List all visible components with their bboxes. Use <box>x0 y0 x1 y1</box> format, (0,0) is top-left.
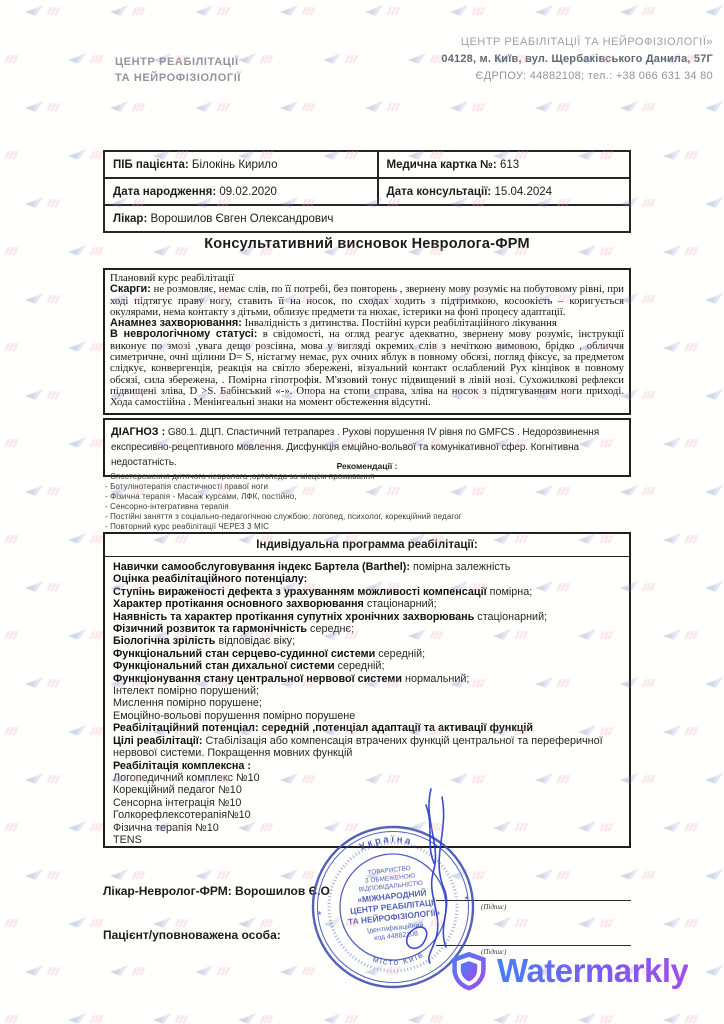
consult-date-value: 15.04.2024 <box>494 186 552 198</box>
watermark-tile <box>67 532 102 546</box>
watermark-bars-icon <box>216 967 230 975</box>
watermark-bars-icon <box>684 247 698 255</box>
watermark-bars-icon <box>46 487 60 495</box>
watermark-plane-icon <box>0 244 3 258</box>
birth-date-value: 09.02.2020 <box>219 186 277 198</box>
watermark-plane-icon <box>67 628 88 642</box>
watermark-bars-icon <box>46 871 60 879</box>
watermark-bars-icon <box>641 391 655 399</box>
watermark-plane-icon <box>194 868 215 882</box>
watermark-bars-icon <box>4 151 18 159</box>
watermark-tile <box>237 1012 272 1024</box>
watermark-bars-icon <box>4 727 18 735</box>
watermark-tile <box>194 4 229 18</box>
clinic-name-line2: ТА НЕЙРОФІЗІОЛОГІЇ <box>115 70 241 86</box>
watermark-bars-icon <box>301 7 315 15</box>
program-line: Цілі реабілітації: Стабілізація або комп… <box>113 735 621 760</box>
watermark-tile <box>0 724 17 738</box>
watermark-tile <box>0 628 17 642</box>
watermark-tile <box>24 388 59 402</box>
watermark-plane-icon <box>704 676 724 690</box>
watermark-bars-icon <box>216 7 230 15</box>
watermark-tile <box>0 340 17 354</box>
watermark-bars-icon <box>641 871 655 879</box>
clinical-text-box: Плановий курс реабілітації Скарги: не ро… <box>103 268 631 415</box>
watermark-plane-icon <box>24 964 45 978</box>
watermark-tile <box>279 100 314 114</box>
watermark-tile <box>322 1012 357 1024</box>
watermark-tile <box>279 964 314 978</box>
watermark-plane-icon <box>407 52 428 66</box>
watermark-plane-icon <box>704 484 724 498</box>
watermark-tile <box>662 148 697 162</box>
rehab-program-title: Індивідуальна программа реабілітації: <box>105 534 629 557</box>
watermark-bars-icon <box>641 7 655 15</box>
watermark-plane-icon <box>67 532 88 546</box>
watermark-plane-icon <box>662 436 683 450</box>
watermark-tile <box>0 244 17 258</box>
watermark-bars-icon <box>89 823 103 831</box>
watermark-plane-icon <box>24 4 45 18</box>
watermark-tile <box>152 1012 187 1024</box>
watermark-tile <box>67 340 102 354</box>
program-line: Функціонування стану центральної нервово… <box>113 673 621 685</box>
card-number-cell: Медична картка №: 613 <box>378 151 630 178</box>
watermark-plane-icon <box>0 436 3 450</box>
watermark-plane-icon <box>109 964 130 978</box>
watermark-bars-icon <box>641 199 655 207</box>
recommendation-item: - Ботулінотерапія спастичності правої но… <box>105 482 625 492</box>
program-line: Функціональний стан дихальної системи се… <box>113 660 621 672</box>
watermark-bars-icon <box>4 919 18 927</box>
watermark-bars-icon <box>216 103 230 111</box>
watermark-tile <box>0 52 17 66</box>
watermarkly-brand: Watermarkly <box>449 950 688 992</box>
watermark-plane-icon <box>534 868 555 882</box>
watermark-plane-icon <box>322 52 343 66</box>
watermark-plane-icon <box>662 628 683 642</box>
clinic-name-line1: ЦЕНТР РЕАБІЛІТАЦІЇ <box>115 54 241 70</box>
neuro-status-text: в свідомості, на огляд реагує адекватно,… <box>110 328 624 408</box>
watermark-bars-icon <box>46 583 60 591</box>
watermark-plane-icon <box>194 100 215 114</box>
consult-date-cell: Дата консультації: 15.04.2024 <box>378 178 630 205</box>
watermark-plane-icon <box>109 868 130 882</box>
watermark-tile <box>67 628 102 642</box>
watermark-bars-icon <box>684 823 698 831</box>
watermark-plane-icon <box>662 1012 683 1024</box>
watermark-bars-icon <box>89 343 103 351</box>
watermark-tile <box>619 100 654 114</box>
watermark-plane-icon <box>0 916 3 930</box>
program-line: Наявність та характер протікання супутні… <box>113 611 621 623</box>
watermark-tile <box>0 148 17 162</box>
handwritten-signature-icon <box>330 775 480 965</box>
watermark-bars-icon <box>386 103 400 111</box>
watermark-plane-icon <box>364 4 385 18</box>
watermark-tile <box>0 1012 17 1024</box>
complaints-text: не розмовляє, немає слів, по її потребі,… <box>110 283 624 318</box>
table-row: Дата народження: 09.02.2020 Дата консуль… <box>104 178 630 205</box>
signature-caption-1: (Підпис) <box>481 903 506 911</box>
watermark-plane-icon <box>67 244 88 258</box>
watermark-plane-icon <box>577 916 598 930</box>
watermark-tile <box>662 532 697 546</box>
watermark-tile <box>704 580 724 594</box>
watermark-plane-icon <box>704 388 724 402</box>
document-page: ЦЕНТР РЕАБІЛІТАЦІЇ ТА НЕЙРОФІЗІОЛОГІЇ ЦЕ… <box>0 0 724 1024</box>
watermark-plane-icon <box>0 724 3 738</box>
watermark-tile <box>662 436 697 450</box>
watermark-bars-icon <box>4 439 18 447</box>
watermark-tile <box>662 628 697 642</box>
watermark-bars-icon <box>259 55 273 63</box>
program-line: Функціональний стан серцево-судинної сис… <box>113 648 621 660</box>
watermark-tile <box>577 1012 612 1024</box>
watermark-plane-icon <box>0 148 3 162</box>
watermark-tile <box>24 100 59 114</box>
watermark-plane-icon <box>67 148 88 162</box>
recommendation-item: - Постійні заняття з соціально-педагогіч… <box>105 512 625 522</box>
watermark-tile <box>24 196 59 210</box>
watermark-bars-icon <box>46 295 60 303</box>
watermark-plane-icon <box>322 1012 343 1024</box>
patient-info-table: ПІБ пацієнта: Білокінь Кирило Медична ка… <box>103 150 631 233</box>
watermark-plane-icon <box>109 4 130 18</box>
watermark-plane-icon <box>662 820 683 834</box>
watermark-plane-icon <box>279 4 300 18</box>
anamnesis-label: Анамнез захворювання: <box>110 317 242 329</box>
consult-date-label: Дата консультації: <box>387 186 492 198</box>
watermark-bars-icon <box>89 727 103 735</box>
recommendation-item: - Спостереження дитячого невролога ,орто… <box>105 472 625 482</box>
watermark-tile <box>619 4 654 18</box>
clinic-contacts: ЦЕНТР РЕАБІЛІТАЦІЇ ТА НЕЙРОФІЗІОЛОГІЇ» 0… <box>441 34 713 85</box>
watermark-bars-icon <box>174 1015 188 1023</box>
watermark-bars-icon <box>46 199 60 207</box>
watermark-tile <box>0 916 17 930</box>
complaints-label: Скарги: <box>110 283 151 295</box>
watermark-bars-icon <box>89 151 103 159</box>
watermark-bars-icon <box>684 439 698 447</box>
watermark-bars-icon <box>556 7 570 15</box>
watermark-tile <box>194 868 229 882</box>
watermark-bars-icon <box>259 1015 273 1023</box>
watermark-plane-icon <box>662 724 683 738</box>
watermark-plane-icon <box>619 4 640 18</box>
watermark-tile <box>109 100 144 114</box>
complaints-paragraph: Скарги: не розмовляє, немає слів, по її … <box>110 284 624 318</box>
patient-name-cell: ПІБ пацієнта: Білокінь Кирило <box>104 151 378 178</box>
watermark-tile <box>534 100 569 114</box>
recommendation-item: - Повторний курс реабілітації ЧЕРЕЗ 3 МІ… <box>105 522 625 532</box>
watermark-tile <box>67 244 102 258</box>
program-line: Біологічна зрілість відповідає віку; <box>113 635 621 647</box>
watermark-plane-icon <box>364 100 385 114</box>
watermark-tile <box>704 4 724 18</box>
watermark-bars-icon <box>684 151 698 159</box>
watermark-bars-icon <box>89 439 103 447</box>
watermark-bars-icon <box>556 103 570 111</box>
watermark-tile <box>407 52 442 66</box>
watermark-tile <box>534 4 569 18</box>
watermark-tile <box>67 724 102 738</box>
watermark-plane-icon <box>704 100 724 114</box>
watermark-tile <box>449 4 484 18</box>
watermark-plane-icon <box>279 100 300 114</box>
watermark-tile <box>67 436 102 450</box>
watermark-bars-icon <box>89 1015 103 1023</box>
watermark-tile <box>492 916 527 930</box>
watermark-bars-icon <box>684 631 698 639</box>
clinic-logo-text: ЦЕНТР РЕАБІЛІТАЦІЇ ТА НЕЙРОФІЗІОЛОГІЇ <box>115 54 241 86</box>
watermark-plane-icon <box>109 100 130 114</box>
watermark-tile <box>67 148 102 162</box>
patient-name-label: ПІБ пацієнта: <box>113 159 189 171</box>
watermark-bars-icon <box>684 919 698 927</box>
doctor-cell: Лікар: Ворошилов Євген Олександрович <box>104 205 630 232</box>
watermark-bars-icon <box>641 487 655 495</box>
recommendations-title: Рекомендації : <box>103 461 631 471</box>
watermark-plane-icon <box>0 532 3 546</box>
watermark-tile <box>24 868 59 882</box>
recommendation-item: - Сенсорно-інтегративна терапія <box>105 502 625 512</box>
watermark-plane-icon <box>704 868 724 882</box>
watermark-plane-icon <box>662 148 683 162</box>
program-line: Оцінка реабілітаційного потенціалу: <box>113 573 621 585</box>
watermark-plane-icon <box>67 916 88 930</box>
watermark-tile <box>364 100 399 114</box>
watermark-bars-icon <box>4 55 18 63</box>
watermark-tile <box>407 1012 442 1024</box>
watermark-plane-icon <box>194 964 215 978</box>
watermark-plane-icon <box>194 4 215 18</box>
program-line: Характер протікання основного захворюван… <box>113 598 621 610</box>
watermark-tile <box>194 964 229 978</box>
watermark-tile <box>662 340 697 354</box>
watermark-tile <box>704 964 724 978</box>
watermark-plane-icon <box>24 868 45 882</box>
watermark-plane-icon <box>24 772 45 786</box>
watermark-bars-icon <box>429 1015 443 1023</box>
program-line: Інтелект помірно порушений; <box>113 685 621 697</box>
watermark-plane-icon <box>24 580 45 594</box>
recommendations-list: - Спостереження дитячого невролога ,орто… <box>105 472 625 532</box>
watermark-tile <box>67 916 102 930</box>
doctor-value: Ворошилов Євген Олександрович <box>150 213 333 225</box>
watermark-bars-icon <box>641 583 655 591</box>
card-number-value: 613 <box>500 159 519 171</box>
watermark-bars-icon <box>46 103 60 111</box>
watermark-tile <box>704 484 724 498</box>
watermark-tile <box>662 916 697 930</box>
watermark-tile <box>662 724 697 738</box>
watermark-tile <box>67 820 102 834</box>
watermark-bars-icon <box>174 919 188 927</box>
patient-signature-label: Пацієнт/уповноважена особа: <box>103 928 281 942</box>
watermark-plane-icon <box>67 52 88 66</box>
watermark-bars-icon <box>4 631 18 639</box>
watermark-plane-icon <box>704 580 724 594</box>
watermark-tile <box>704 292 724 306</box>
watermark-tile <box>662 244 697 258</box>
watermark-bars-icon <box>259 919 273 927</box>
watermark-bars-icon <box>131 871 145 879</box>
watermark-bars-icon <box>46 7 60 15</box>
watermark-bars-icon <box>46 967 60 975</box>
watermark-plane-icon <box>67 820 88 834</box>
watermark-plane-icon <box>237 1012 258 1024</box>
watermark-tile <box>0 532 17 546</box>
program-line: Мислення помірно порушене; <box>113 697 621 709</box>
watermark-plane-icon <box>704 772 724 786</box>
watermark-tile <box>67 52 102 66</box>
patient-name-value: Білокінь Кирило <box>192 159 278 171</box>
neuro-status-paragraph: В неврологічному статусі: в свідомості, … <box>110 329 624 408</box>
table-row: ПІБ пацієнта: Білокінь Кирило Медична ка… <box>104 151 630 178</box>
watermark-bars-icon <box>514 1015 528 1023</box>
watermark-bars-icon <box>4 343 18 351</box>
watermark-plane-icon <box>662 244 683 258</box>
card-number-label: Медична картка №: <box>387 159 497 171</box>
watermark-tile <box>109 4 144 18</box>
watermark-plane-icon <box>704 292 724 306</box>
watermark-plane-icon <box>24 484 45 498</box>
watermark-bars-icon <box>216 871 230 879</box>
table-row: Лікар: Ворошилов Євген Олександрович <box>104 205 630 232</box>
watermark-tile <box>67 1012 102 1024</box>
anamnesis-text: Інвалідність з дитинства. Постійні курси… <box>245 317 557 329</box>
watermark-plane-icon <box>67 724 88 738</box>
watermark-tile <box>449 100 484 114</box>
watermark-plane-icon <box>704 964 724 978</box>
watermark-bars-icon <box>89 919 103 927</box>
watermark-bars-icon <box>556 871 570 879</box>
watermark-bars-icon <box>46 775 60 783</box>
watermark-tile <box>364 4 399 18</box>
watermark-plane-icon <box>662 916 683 930</box>
watermark-tile <box>492 1012 527 1024</box>
watermark-tile <box>662 1012 697 1024</box>
watermark-bars-icon <box>386 7 400 15</box>
stamp-star-left: * <box>317 909 323 921</box>
watermark-tile <box>24 484 59 498</box>
watermark-tile <box>24 4 59 18</box>
watermark-tile <box>24 676 59 690</box>
watermark-tile <box>0 820 17 834</box>
watermark-tile <box>704 196 724 210</box>
watermark-tile <box>109 868 144 882</box>
watermark-bars-icon <box>89 55 103 63</box>
birth-date-label: Дата народження: <box>113 186 216 198</box>
watermark-plane-icon <box>619 868 640 882</box>
watermark-bars-icon <box>641 775 655 783</box>
watermark-bars-icon <box>641 295 655 303</box>
watermark-tile <box>24 772 59 786</box>
watermark-bars-icon <box>131 967 145 975</box>
watermark-bars-icon <box>4 247 18 255</box>
birth-date-cell: Дата народження: 09.02.2020 <box>104 178 378 205</box>
watermark-plane-icon <box>24 388 45 402</box>
watermark-bars-icon <box>471 7 485 15</box>
watermark-plane-icon <box>0 52 3 66</box>
watermark-bars-icon <box>514 919 528 927</box>
watermark-bars-icon <box>89 631 103 639</box>
watermark-plane-icon <box>704 4 724 18</box>
watermark-plane-icon <box>279 964 300 978</box>
program-line: Навички самообслуговування індекс Бартел… <box>113 561 621 573</box>
watermark-bars-icon <box>301 103 315 111</box>
watermark-bars-icon <box>89 247 103 255</box>
clinic-edrpou-phone: ЄДРПОУ: 44882108; тел.: +38 066 631 34 8… <box>441 68 713 85</box>
watermark-plane-icon <box>662 532 683 546</box>
watermark-plane-icon <box>24 676 45 690</box>
watermark-plane-icon <box>279 868 300 882</box>
watermark-tile <box>109 964 144 978</box>
shield-icon <box>449 950 489 992</box>
watermark-plane-icon <box>534 100 555 114</box>
watermark-tile <box>322 52 357 66</box>
watermark-tile <box>704 868 724 882</box>
watermark-bars-icon <box>684 535 698 543</box>
watermark-tile <box>704 388 724 402</box>
watermark-tile <box>279 4 314 18</box>
watermark-plane-icon <box>152 1012 173 1024</box>
watermark-bars-icon <box>641 679 655 687</box>
watermark-bars-icon <box>131 7 145 15</box>
watermark-bars-icon <box>4 1015 18 1023</box>
watermark-plane-icon <box>662 340 683 354</box>
watermark-plane-icon <box>67 340 88 354</box>
watermark-bars-icon <box>89 535 103 543</box>
watermark-tile <box>24 580 59 594</box>
recommendation-item: - Фізична терапія - Масаж курсами, ЛФК, … <box>105 492 625 502</box>
watermark-bars-icon <box>344 55 358 63</box>
watermark-tile <box>704 100 724 114</box>
watermarkly-logo-text: Watermarkly <box>497 952 688 990</box>
watermark-bars-icon <box>4 535 18 543</box>
watermark-plane-icon <box>67 436 88 450</box>
watermark-plane-icon <box>0 628 3 642</box>
doctor-signature-label: Лікар-Невролог-ФРМ: Ворошилов Є.О <box>103 884 330 898</box>
watermark-tile <box>0 436 17 450</box>
page-title: Консультативний висновок Невролога-ФРМ <box>103 236 631 252</box>
watermark-bars-icon <box>46 679 60 687</box>
program-line: Фізичний розвиток та гармонічність серед… <box>113 623 621 635</box>
clinic-address: 04128, м. Київ, вул. Щербаківського Дани… <box>441 51 713 68</box>
watermark-tile <box>24 292 59 306</box>
watermark-plane-icon <box>24 196 45 210</box>
watermark-bars-icon <box>344 1015 358 1023</box>
watermark-tile <box>24 964 59 978</box>
watermark-plane-icon <box>0 340 3 354</box>
watermark-plane-icon <box>492 1012 513 1024</box>
neuro-status-label: В неврологічному статусі: <box>110 328 257 340</box>
watermark-plane-icon <box>407 1012 428 1024</box>
watermark-bars-icon <box>641 103 655 111</box>
watermark-plane-icon <box>0 820 3 834</box>
watermark-bars-icon <box>471 103 485 111</box>
program-line: Реабілітаційний потенціал: середній ,пот… <box>113 722 621 734</box>
watermark-bars-icon <box>599 1015 613 1023</box>
watermark-bars-icon <box>684 343 698 351</box>
watermark-plane-icon <box>24 292 45 306</box>
watermark-plane-icon <box>704 196 724 210</box>
watermark-plane-icon <box>534 4 555 18</box>
clinic-fullname: ЦЕНТР РЕАБІЛІТАЦІЇ ТА НЕЙРОФІЗІОЛОГІЇ» <box>441 34 713 51</box>
watermark-tile <box>704 772 724 786</box>
watermark-bars-icon <box>131 103 145 111</box>
